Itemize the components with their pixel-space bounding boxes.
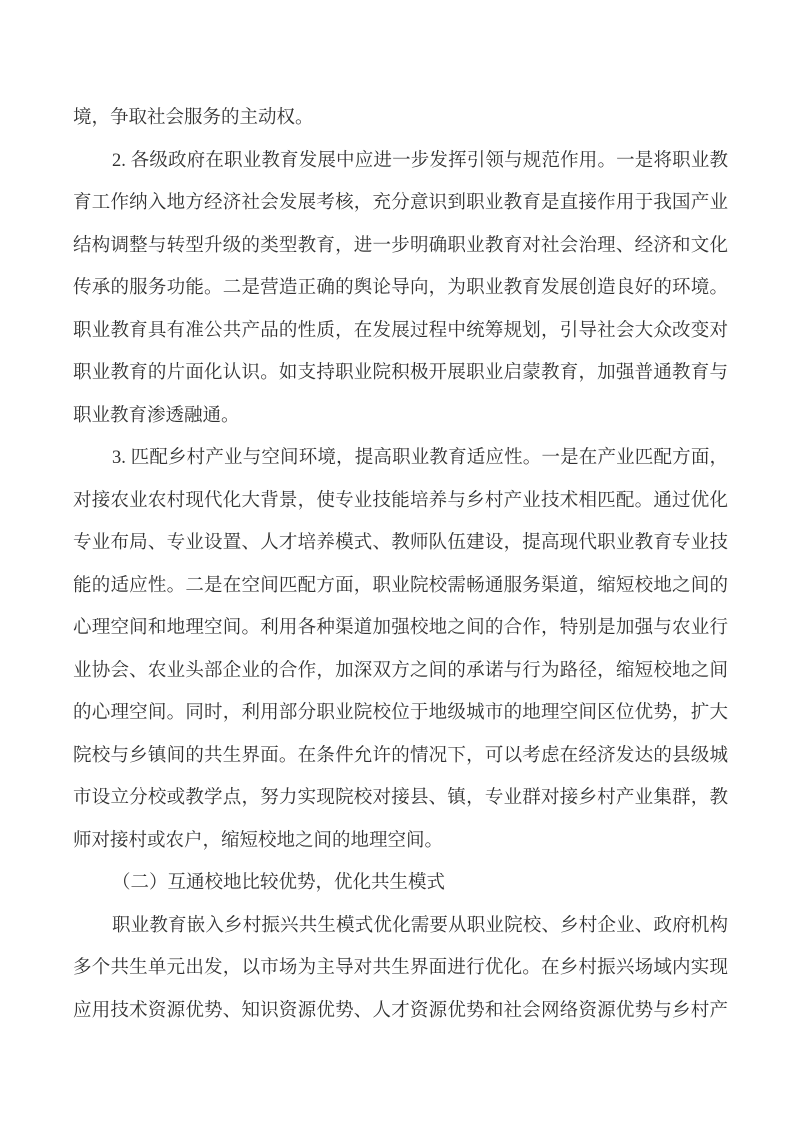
text-line: 对接农业农村现代化大背景，使专业技能培养与乡村产业技术相匹配。通过优化	[73, 480, 728, 523]
text-line: 业协会、农业头部企业的合作，加深双方之间的承诺与行为路径，缩短校地之间	[73, 650, 728, 693]
text-line: 结构调整与转型升级的类型教育，进一步明确职业教育对社会治理、经济和文化	[73, 225, 728, 268]
text-line: 育工作纳入地方经济社会发展考核，充分意识到职业教育是直接作用于我国产业	[73, 182, 728, 225]
text-line: 专业布局、专业设置、人才培养模式、教师队伍建设，提高现代职业教育专业技	[73, 522, 728, 565]
text-line: 师对接村或农户，缩短校地之间的地理空间。	[73, 820, 728, 863]
text-line: 职业教育的片面化认识。如支持职业院积极开展职业启蒙教育，加强普通教育与	[73, 352, 728, 395]
document-text-block: 境，争取社会服务的主动权。 2. 各级政府在职业教育发展中应进一步发挥引领与规范…	[73, 97, 728, 1032]
section-heading: （二）互通校地比较优势，优化共生模式	[73, 862, 728, 905]
text-line: 多个共生单元出发，以市场为主导对共生界面进行优化。在乡村振兴场域内实现	[73, 947, 728, 990]
text-line: 3. 匹配乡村产业与空间环境，提高职业教育适应性。一是在产业匹配方面，	[73, 437, 728, 480]
text-line: 院校与乡镇间的共生界面。在条件允许的情况下，可以考虑在经济发达的县级城	[73, 735, 728, 778]
text-line: 职业教育嵌入乡村振兴共生模式优化需要从职业院校、乡村企业、政府机构	[73, 905, 728, 948]
text-line: 境，争取社会服务的主动权。	[73, 97, 728, 140]
text-line: 传承的服务功能。二是营造正确的舆论导向，为职业教育发展创造良好的环境。	[73, 267, 728, 310]
document-page: 境，争取社会服务的主动权。 2. 各级政府在职业教育发展中应进一步发挥引领与规范…	[0, 0, 799, 1131]
text-line: 职业教育具有准公共产品的性质，在发展过程中统筹规划，引导社会大众改变对	[73, 310, 728, 353]
text-line: 应用技术资源优势、知识资源优势、人才资源优势和社会网络资源优势与乡村产	[73, 990, 728, 1033]
text-line: 市设立分校或教学点，努力实现院校对接县、镇，专业群对接乡村产业集群，教	[73, 777, 728, 820]
text-line: 的心理空间。同时，利用部分职业院校位于地级城市的地理空间区位优势，扩大	[73, 692, 728, 735]
text-line: 2. 各级政府在职业教育发展中应进一步发挥引领与规范作用。一是将职业教	[73, 140, 728, 183]
text-line: 心理空间和地理空间。利用各种渠道加强校地之间的合作，特别是加强与农业行	[73, 607, 728, 650]
text-line: 职业教育渗透融通。	[73, 395, 728, 438]
text-line: 能的适应性。二是在空间匹配方面，职业院校需畅通服务渠道，缩短校地之间的	[73, 565, 728, 608]
